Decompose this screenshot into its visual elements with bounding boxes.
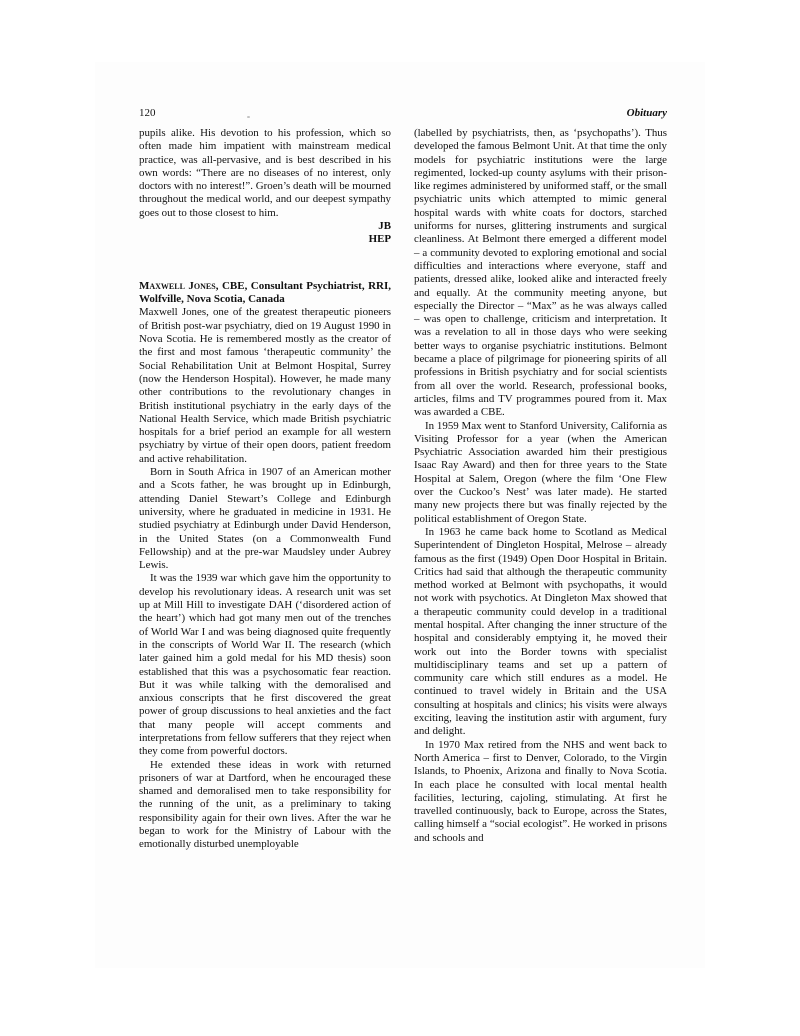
page-number: 120 xyxy=(139,107,156,120)
right-column: (labelled by psychiatrists, then, as ‘ps… xyxy=(414,127,667,845)
paragraph: In 1970 Max retired from the NHS and wen… xyxy=(414,739,667,845)
scan-speck xyxy=(247,116,250,118)
paragraph-groen-continuation: pupils alike. His devotion to his profes… xyxy=(139,127,391,220)
paragraph: (labelled by psychiatrists, then, as ‘ps… xyxy=(414,127,667,420)
paragraph: He extended these ideas in work with ret… xyxy=(139,759,391,852)
paragraph: It was the 1939 war which gave him the o… xyxy=(139,572,391,758)
paragraph: Born in South Africa in 1907 of an Ameri… xyxy=(139,466,391,572)
signature-initials: HEP xyxy=(139,233,391,246)
signature-initials: JB xyxy=(139,220,391,233)
obituary-heading-name: Maxwell Jones xyxy=(139,280,216,292)
paragraph: In 1963 he came back home to Scotland as… xyxy=(414,526,667,739)
obituary-signature: JB HEP xyxy=(139,220,391,247)
left-column: pupils alike. His devotion to his profes… xyxy=(139,127,391,852)
obituary-heading: Maxwell Jones, CBE, Consultant Psychiatr… xyxy=(139,280,391,307)
running-head: Obituary xyxy=(414,107,667,120)
paragraph: In 1959 Max went to Stanford University,… xyxy=(414,420,667,526)
paragraph: Maxwell Jones, one of the greatest thera… xyxy=(139,306,391,466)
